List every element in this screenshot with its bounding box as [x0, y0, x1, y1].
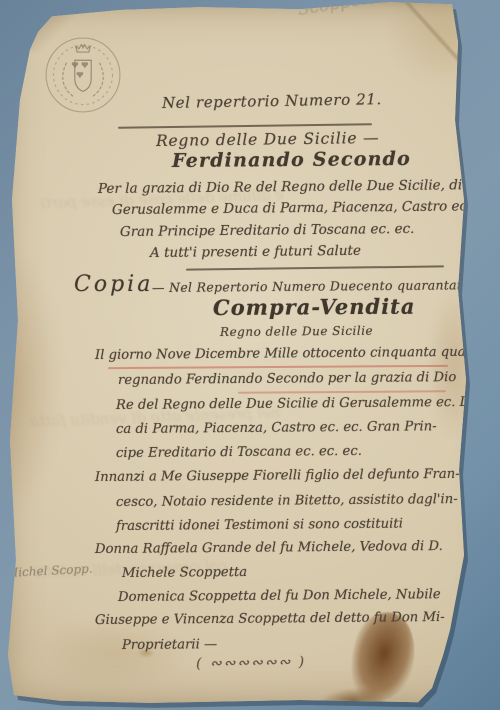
body-line: frascritti idonei Testimoni si sono cost… — [116, 516, 403, 534]
king-name: Ferdinando Secondo — [172, 148, 411, 172]
body-line: Re del Regno delle Due Sicilie di Gerusa… — [116, 395, 483, 413]
stain-bottom-left — [40, 618, 190, 688]
body-line: Innanzi a Me Giuseppe Fiorelli figlio de… — [95, 467, 460, 485]
deed-subtitle: Regno delle Due Sicilie — [220, 324, 373, 339]
body-line: regnando Ferdinando Secondo per la grazi… — [118, 370, 456, 388]
pencil-scribble: Scoppetta — [296, 0, 385, 20]
body-line: Proprietarii — — [122, 637, 217, 653]
section-rule — [186, 265, 444, 270]
royal-title-line: Per la grazia di Dio Re del Regno delle … — [98, 177, 462, 197]
copy-label: Copia — [74, 272, 153, 297]
kingdom-line: Regno delle Due Sicilie — — [156, 129, 380, 150]
body-line: Donna Raffaela Grande del fu Michele, Ve… — [95, 539, 443, 557]
stain-left-edge — [0, 250, 60, 510]
body-line: Il giorno Nove Dicembre Mille ottocento … — [95, 345, 491, 363]
royal-title-line: Gran Principe Ereditario di Toscana ec. … — [120, 221, 415, 240]
deed-title: Compra-Vendita — [213, 294, 416, 320]
body-line: cipe Ereditario di Toscana ec. ec. ec. — [116, 444, 362, 461]
body-line: cesco, Notaio residente in Bitetto, assi… — [116, 492, 458, 510]
repertory-reference: — Nel Repertorio Numero Duecento quarant… — [152, 277, 493, 295]
red-underline — [108, 365, 448, 370]
manuscript-paper: e allume delle cose di esse parti nel pr… — [0, 0, 500, 710]
header-rule — [118, 123, 372, 129]
body-line: ca di Parma, Piacenza, Castro ec. ec. Gr… — [116, 419, 437, 437]
repertoire-line: Nel repertorio Numero 21. — [162, 90, 382, 112]
royal-seal-stamp-icon — [42, 34, 124, 116]
stain-top-right — [385, 0, 485, 85]
document-photo: e allume delle cose di esse parti nel pr… — [0, 0, 500, 710]
body-line: Michele Scoppetta — [122, 565, 247, 581]
body-line: Giuseppe e Vincenza Scoppetta del detto … — [95, 610, 445, 628]
royal-title-line: Gerusalemme e Duca di Parma, Piacenza, C… — [112, 198, 471, 218]
closing-flourish: ( ∾∾∾∾∾∾ ) — [196, 654, 306, 672]
body-line: Domenica Scoppetta del fu Don Michele, N… — [118, 587, 441, 605]
royal-title-line: A tutt'i presenti e futuri Salute — [150, 243, 361, 261]
crease-top-right — [398, 0, 488, 89]
red-underline — [238, 390, 446, 393]
